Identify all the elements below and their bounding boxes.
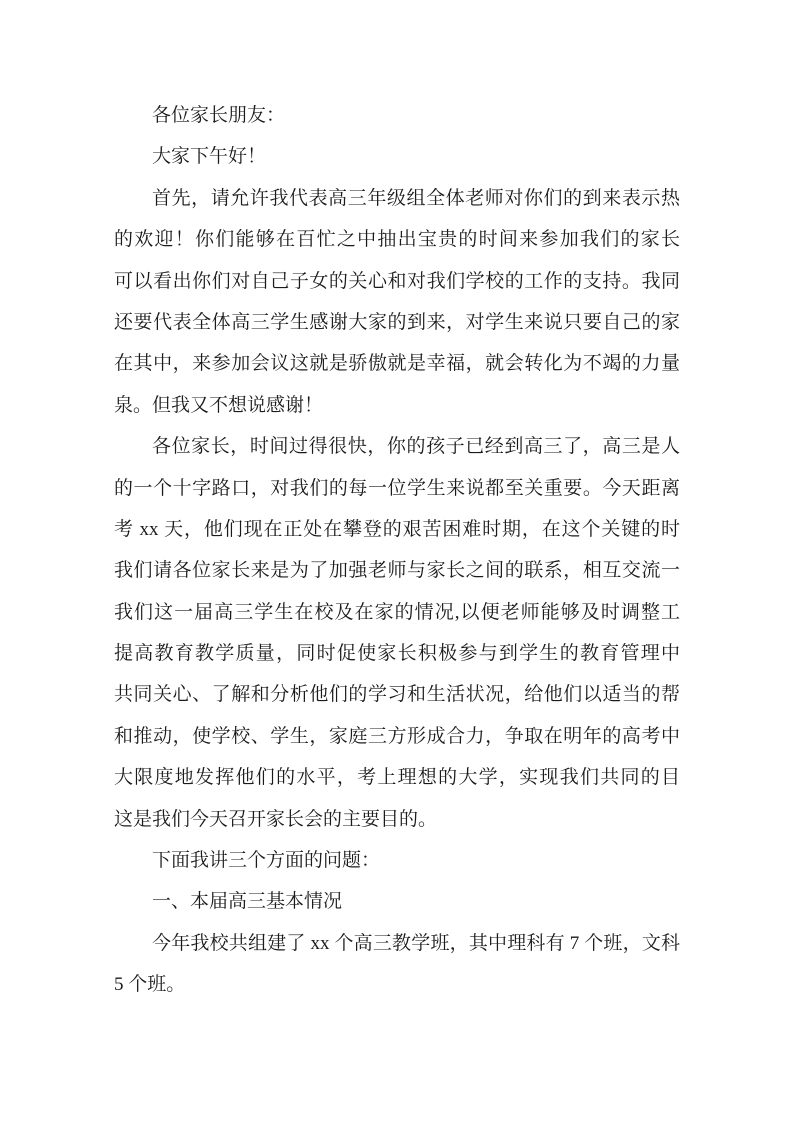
text-line: 大限度地发挥他们的水平，考上理想的大学，实现我们共同的目标。 (114, 757, 680, 798)
document-body: 各位家长朋友：大家下午好！首先，请允许我代表高三年级组全体老师对你们的到来表示热… (114, 95, 680, 1006)
text-line: 今年我校共组建了 xx 个高三教学班，其中理科有 7 个班，文科有 (114, 923, 680, 964)
text-line: 大家下午好！ (114, 136, 680, 177)
text-line: 5 个班。 (114, 964, 680, 1005)
text-line: 的欢迎！你们能够在百忙之中抽出宝贵的时间来参加我们的家长会， (114, 219, 680, 260)
text-line: 和推动，使学校、学生，家庭三方形成合力，争取在明年的高考中最 (114, 716, 680, 757)
text-line: 还要代表全体高三学生感谢大家的到来，对学生来说只要自己的家长 (114, 302, 680, 343)
text-line: 下面我讲三个方面的问题： (114, 840, 680, 881)
text-line: 各位家长，时间过得很快，你的孩子已经到高三了，高三是人生 (114, 426, 680, 467)
document-page: 各位家长朋友：大家下午好！首先，请允许我代表高三年级组全体老师对你们的到来表示热… (0, 0, 793, 1122)
text-line: 提高教育教学质量，同时促使家长积极参与到学生的教育管理中来， (114, 633, 680, 674)
text-line: 这是我们今天召开家长会的主要目的。 (114, 799, 680, 840)
text-line: 考 xx 天，他们现在正处在攀登的艰苦困难时期，在这个关键的时候， (114, 509, 680, 550)
text-line: 共同关心、了解和分析他们的学习和生活状况，给他们以适当的帮助 (114, 674, 680, 715)
text-line: 我们这一届高三学生在校及在家的情况,以便老师能够及时调整工作， (114, 592, 680, 633)
text-line: 泉。但我又不想说感谢！ (114, 385, 680, 426)
text-line: 可以看出你们对自己子女的关心和对我们学校的工作的支持。我同时 (114, 261, 680, 302)
text-line: 在其中，来参加会议这就是骄傲就是幸福，就会转化为不竭的力量源 (114, 343, 680, 384)
text-line: 的一个十字路口，对我们的每一位学生来说都至关重要。今天距离高 (114, 468, 680, 509)
text-line: 我们请各位家长来是为了加强老师与家长之间的联系，相互交流一下 (114, 550, 680, 591)
text-line: 首先，请允许我代表高三年级组全体老师对你们的到来表示热烈 (114, 178, 680, 219)
text-line: 各位家长朋友： (114, 95, 680, 136)
text-line: 一、本届高三基本情况 (114, 881, 680, 922)
